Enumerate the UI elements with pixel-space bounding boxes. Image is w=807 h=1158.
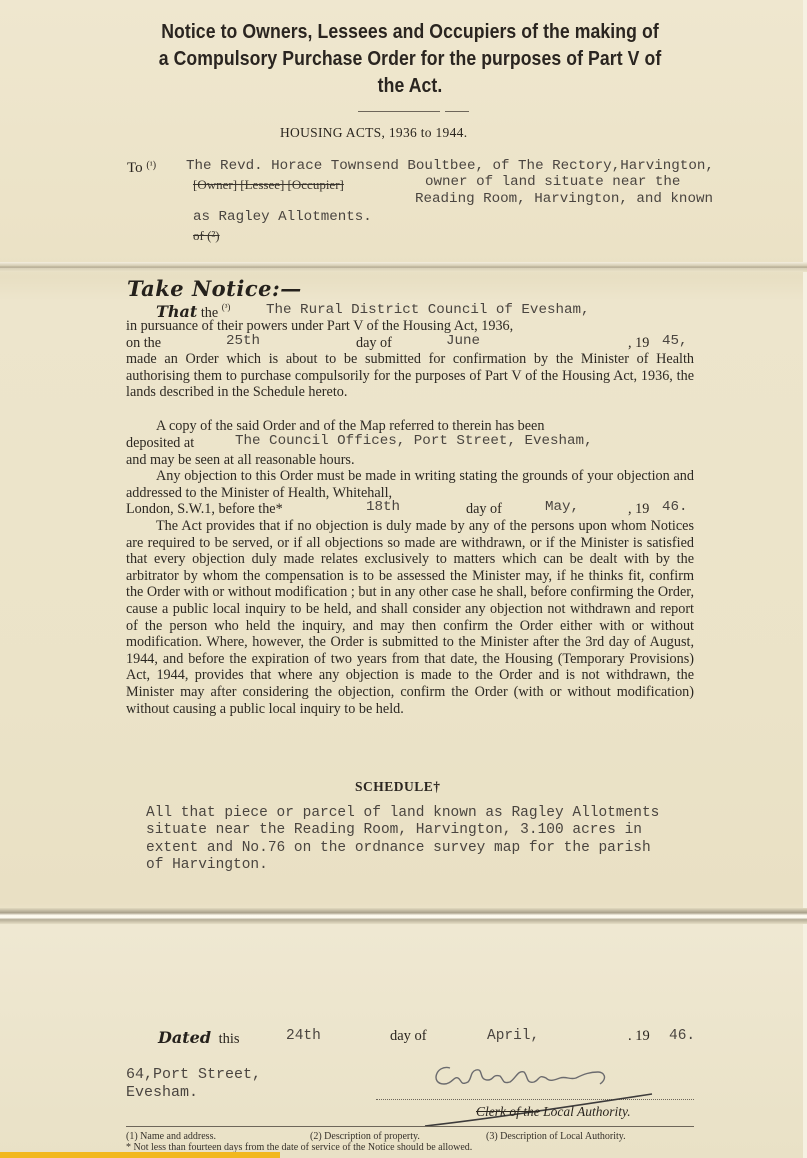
- before-the-label: London, S.W.1, before the*: [126, 501, 283, 518]
- paper-fold-upper: [0, 262, 807, 272]
- dated-day-of: day of: [390, 1028, 427, 1045]
- to-footnote-ref: (¹): [146, 160, 156, 171]
- address-line-1: 64,Port Street,: [126, 1066, 261, 1084]
- order-month: June: [446, 333, 480, 350]
- that-footnote-ref: (³): [222, 302, 231, 312]
- schedule-line: situate near the Reading Room, Harvingto…: [146, 822, 659, 839]
- schedule-line: extent and No.76 on the ordnance survey …: [146, 840, 659, 857]
- paragraph-order: made an Order which is about to be submi…: [126, 351, 694, 401]
- property-known-as: as Ragley Allotments.: [193, 209, 372, 226]
- dated-this: this: [219, 1031, 240, 1047]
- handwritten-signature: [428, 1058, 628, 1094]
- dated-month: April,: [487, 1028, 539, 1044]
- dated-year-prefix: . 19: [628, 1028, 650, 1045]
- title-line-2: a Compulsory Purchase Order for the purp…: [143, 45, 676, 72]
- footnote-1: (1) Name and address.: [126, 1131, 216, 1142]
- highlight-bar: [0, 1152, 280, 1158]
- title-line-3: the Act.: [143, 72, 676, 99]
- sender-address: 64,Port Street, Evesham.: [126, 1066, 261, 1102]
- powers-line: in pursuance of their powers under Part …: [126, 318, 694, 335]
- dated-year: 46.: [669, 1028, 695, 1044]
- objection-year-prefix: , 19: [628, 501, 649, 518]
- objection-month: May,: [545, 499, 579, 516]
- role-line-1: owner of land situate near the: [425, 174, 680, 191]
- role-options-struck: [Owner] [Lessee] [Occupier]: [193, 177, 344, 193]
- on-the-label: on the: [126, 335, 161, 352]
- role-struck: Clerk of the: [476, 1104, 540, 1119]
- objection-day: 18th: [366, 499, 400, 516]
- to-word: To: [127, 160, 143, 176]
- housing-acts-heading: HOUSING ACTS, 1936 to 1944.: [280, 125, 467, 141]
- day-of-label: day of: [356, 335, 392, 352]
- schedule-text: All that piece or parcel of land known a…: [146, 805, 659, 875]
- dated-day: 24th: [286, 1028, 321, 1044]
- address-line-2: Evesham.: [126, 1084, 261, 1102]
- deposit-place: The Council Offices, Port Street, Evesha…: [235, 433, 593, 450]
- order-year: 45,: [662, 333, 688, 350]
- paper-edge: [803, 0, 807, 1158]
- footer-rule: [126, 1126, 694, 1127]
- role-rest: Local Authority.: [540, 1104, 631, 1119]
- schedule-line: of Harvington.: [146, 857, 659, 874]
- paper-fold-lower: [0, 908, 807, 924]
- order-year-prefix: , 19: [628, 335, 649, 352]
- dated-label: Dated this: [158, 1028, 240, 1048]
- of-struck: of (²): [193, 228, 220, 244]
- dated-word: Dated: [158, 1028, 211, 1047]
- paragraph-objection: Any objection to this Order must be made…: [126, 468, 694, 501]
- footnote-2: (2) Description of property.: [310, 1131, 420, 1142]
- title-divider-short: [445, 111, 469, 112]
- schedule-line: All that piece or parcel of land known a…: [146, 805, 659, 822]
- title-line-1: Notice to Owners, Lessees and Occupiers …: [143, 18, 676, 45]
- paragraph-copy-end: and may be seen at all reasonable hours.: [126, 452, 694, 469]
- take-notice-heading: Take Notice:—: [127, 276, 302, 301]
- order-day: 25th: [226, 333, 260, 350]
- schedule-title: SCHEDULE†: [355, 779, 441, 795]
- deposited-at-label: deposited at: [126, 435, 194, 452]
- notice-title: Notice to Owners, Lessees and Occupiers …: [143, 18, 676, 99]
- title-divider: [358, 111, 440, 112]
- to-label: To (¹): [127, 160, 156, 177]
- objection-year: 46.: [662, 499, 688, 516]
- role-line-2: Reading Room, Harvington, and known: [415, 191, 713, 208]
- council-name: The Rural District Council of Evesham,: [266, 302, 590, 319]
- footnote-3: (3) Description of Local Authority.: [486, 1131, 626, 1142]
- objection-day-of: day of: [466, 501, 502, 518]
- paragraph-act-provides: The Act provides that if no objection is…: [126, 518, 694, 717]
- signatory-role: Clerk of the Local Authority.: [476, 1104, 631, 1120]
- addressee-name: The Revd. Horace Townsend Boultbee, of T…: [186, 158, 714, 175]
